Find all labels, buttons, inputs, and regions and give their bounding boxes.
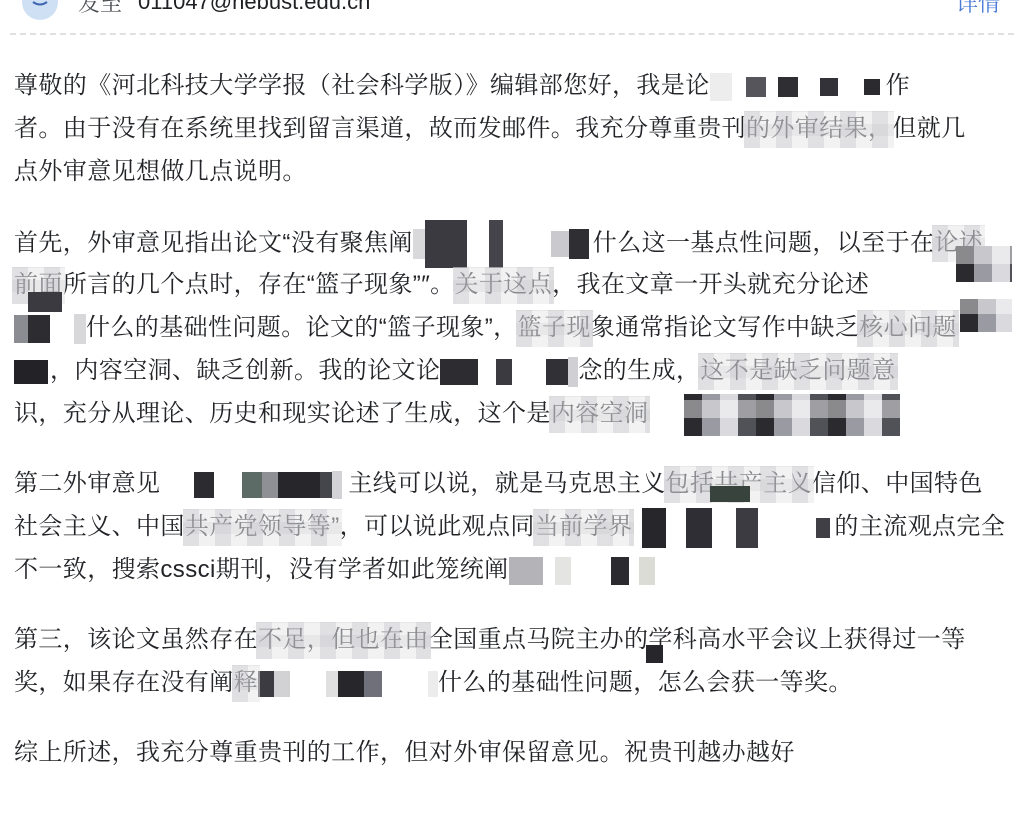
redaction-gap (50, 316, 74, 342)
redaction-block (816, 518, 830, 538)
redacted-text: 的外审结果， (746, 107, 892, 150)
redacted-text: 当前学界 (535, 505, 633, 548)
redaction-block (258, 671, 274, 697)
redaction-block (425, 220, 467, 268)
body-text: 念的生成， (578, 357, 700, 384)
body-text: 识，充分从理论、历史和现实论述了生成，这个是 (14, 400, 551, 427)
sender-avatar[interactable] (22, 0, 58, 20)
redaction-block (428, 671, 438, 697)
redaction-block (746, 77, 766, 97)
redaction-patch (28, 292, 62, 312)
body-text: 不一致，搜索cssci期刊，没有学者如此笼统阐 (14, 556, 509, 583)
redaction-block (710, 73, 732, 101)
redaction-block (194, 472, 214, 498)
body-text: 社会主义、中国 (14, 513, 185, 540)
redaction-block (278, 472, 320, 498)
body-text: 但就几 (892, 115, 965, 142)
redaction-gap (503, 231, 551, 257)
body-line: ，内容空洞、缺乏创新。我的论文论念的生成，这不是缺乏问题意 (14, 349, 1024, 392)
redacted-text: 关于这点 (455, 263, 553, 306)
redaction-block (14, 360, 48, 384)
redaction-block (569, 229, 589, 259)
redaction-block (262, 472, 278, 498)
redaction-block (820, 78, 838, 96)
body-line: 前面所言的几个点时，存在“篮子现象”″。关于这点，我在文章一开头就充分论述 (14, 263, 1024, 306)
body-line: 什么的基础性问题。论文的“篮子现象”，篮子现象通常指论文写作中缺乏核心问题 (14, 306, 1024, 349)
body-text: 什么的基础性问题。论文的“篮子现象”， (86, 314, 518, 341)
redaction-block (274, 671, 290, 697)
redaction-gap (543, 558, 555, 584)
redaction-gap (290, 671, 326, 697)
body-text: 主线可以说，就是马克思主义 (348, 470, 665, 497)
redaction-block (28, 315, 50, 343)
redaction-block (642, 508, 666, 548)
body-text: 综上所述，我充分尊重贵刊的工作，但对外审保留意见。祝贵刊越办越好 (14, 739, 795, 766)
body-line: 奖，如果存在没有阐释什么的基础性问题，怎么会获一等奖。 (14, 661, 1024, 704)
redaction-block (509, 557, 543, 585)
body-text: ，内容空洞、缺乏创新。我的论文论 (50, 357, 440, 384)
redaction-block (496, 359, 512, 385)
body-text: 首先，外审意见指出论文“没有聚焦阐 (14, 229, 413, 256)
details-link[interactable]: 详情 (956, 0, 1000, 18)
redaction-gap (732, 74, 746, 100)
redaction-block (440, 359, 478, 385)
redaction-patch (956, 246, 1012, 282)
redaction-block (778, 77, 798, 97)
journal-logo-icon (28, 0, 52, 17)
body-line: 第二外审意见主线可以说，就是马克思主义包括共产主义信仰、中国特色 (14, 462, 1024, 505)
redaction-gap (758, 515, 816, 541)
body-text: 第三，该论文虽然存在 (14, 626, 258, 653)
email-paragraph: 尊敬的《河北科技大学学报（社会科学版）》编辑部您好，我是论作者。由于没有在系统里… (14, 64, 1024, 193)
to-address: 011047@hebust.edu.cn (138, 0, 370, 15)
body-line: 尊敬的《河北科技大学学报（社会科学版）》编辑部您好，我是论作 (14, 64, 1024, 107)
body-text: 点外审意见想做几点说明。 (14, 158, 307, 185)
redacted-text: 释 (234, 661, 258, 704)
redaction-gap (214, 472, 242, 498)
redaction-gap (838, 74, 864, 100)
email-view: 发至 011047@hebust.edu.cn 详情 尊敬的《河北科技大学学报（… (0, 0, 1024, 819)
body-line: 社会主义、中国共产党领导等”，可以说此观点同当前学界的主流观点完全 (14, 505, 1024, 548)
email-body: 尊敬的《河北科技大学学报（社会科学版）》编辑部您好，我是论作者。由于没有在系统里… (0, 33, 1024, 801)
body-text: 作 (886, 72, 910, 99)
redaction-gap (160, 472, 194, 498)
body-text: 奖，如果存在没有阐 (14, 669, 234, 696)
body-line: 不一致，搜索cssci期刊，没有学者如此笼统阐 (14, 548, 1024, 591)
email-paragraph: 第二外审意见主线可以说，就是马克思主义包括共产主义信仰、中国特色社会主义、中国共… (14, 462, 1024, 591)
redaction-gap (478, 359, 496, 385)
body-line: 第三，该论文虽然存在不足，但也在由全国重点马院主办的学科高水平会议上获得过一等 (14, 618, 1024, 661)
redaction-block (736, 508, 758, 548)
redaction-block (413, 229, 425, 259)
body-text: 全国重点马院主办的学科高水平会议上获得过一等 (429, 626, 966, 653)
redaction-block (14, 315, 28, 343)
redaction-gap (632, 515, 642, 541)
body-line: 识，充分从理论、历史和现实论述了生成，这个是内容空洞 (14, 392, 1024, 435)
email-paragraph: 综上所述，我充分尊重贵刊的工作，但对外审保留意见。祝贵刊越办越好 (14, 731, 1024, 774)
redacted-text: 这不是缺乏问题意 (700, 349, 895, 392)
redaction-block (489, 220, 503, 268)
redaction-block (555, 557, 571, 585)
redaction-gap (629, 558, 639, 584)
redaction-block (320, 472, 332, 498)
body-text: 第二外审意见 (14, 470, 160, 497)
body-text: 尊敬的《河北科技大学学报（社会科学版）》编辑部您好，我是论 (14, 72, 710, 99)
redacted-text: 共产党领导等” (185, 505, 340, 548)
redaction-gap (798, 74, 820, 100)
redaction-gap (766, 74, 778, 100)
body-line: 者。由于没有在系统里找到留言渠道，故而发邮件。我充分尊重贵刊的外审结果，但就几 (14, 107, 1024, 150)
redacted-text: 不足，但也在由 (258, 618, 429, 661)
redaction-block (332, 471, 342, 499)
redaction-patch (960, 299, 1012, 332)
body-line: 首先，外审意见指出论文“没有聚焦阐什么这一基点性问题，以至于在论述 (14, 220, 1024, 263)
redaction-block (326, 671, 338, 697)
redaction-block (686, 508, 712, 548)
redaction-block (551, 231, 569, 257)
redaction-block (242, 472, 262, 498)
redaction-block (338, 671, 364, 697)
redaction-gap (382, 671, 428, 697)
redaction-gap (666, 515, 686, 541)
redacted-text: 核心问题 (859, 306, 957, 349)
body-text: ，可以说此观点同 (340, 513, 535, 540)
redaction-patch (646, 645, 663, 663)
redaction-block (74, 314, 86, 344)
redaction-patch (710, 486, 750, 502)
redaction-gap (467, 231, 489, 257)
body-text: ，我在文章一开头就充分论述 (552, 271, 869, 298)
body-line: 综上所述，我充分尊重贵刊的工作，但对外审保留意见。祝贵刊越办越好 (14, 731, 1024, 774)
redaction-gap (648, 402, 684, 428)
redacted-text: 内容空洞 (551, 392, 649, 435)
redacted-text: 篮子现 (518, 306, 591, 349)
body-text: 象通常指论文写作中缺乏 (591, 314, 859, 341)
redaction-block (639, 557, 655, 585)
body-text: 的主流观点完全 (834, 513, 1005, 540)
redaction-block (568, 357, 578, 387)
redaction-block (364, 671, 382, 697)
redaction-block (546, 359, 568, 385)
to-label: 发至 (78, 0, 122, 18)
body-text: 信仰、中国特色 (812, 470, 983, 497)
body-text: 什么这一基点性问题，以至于在 (593, 229, 935, 256)
redaction-gap (712, 515, 736, 541)
body-text: 所言的几个点时，存在“篮子现象”″。 (63, 271, 455, 298)
body-text: 者。由于没有在系统里找到留言渠道，故而发邮件。我充分尊重贵刊 (14, 115, 746, 142)
redaction-mosaic (684, 394, 900, 436)
redaction-gap (512, 359, 546, 385)
body-text: 什么的基础性问题，怎么会获一等奖。 (438, 669, 853, 696)
email-paragraph: 第三，该论文虽然存在不足，但也在由全国重点马院主办的学科高水平会议上获得过一等奖… (14, 618, 1024, 704)
email-header: 发至 011047@hebust.edu.cn 详情 (0, 0, 1024, 18)
body-line: 点外审意见想做几点说明。 (14, 150, 1024, 193)
redaction-gap (571, 558, 611, 584)
email-paragraph: 首先，外审意见指出论文“没有聚焦阐什么这一基点性问题，以至于在论述前面所言的几个… (14, 220, 1024, 435)
redaction-block (611, 557, 629, 585)
redaction-block (864, 79, 880, 95)
